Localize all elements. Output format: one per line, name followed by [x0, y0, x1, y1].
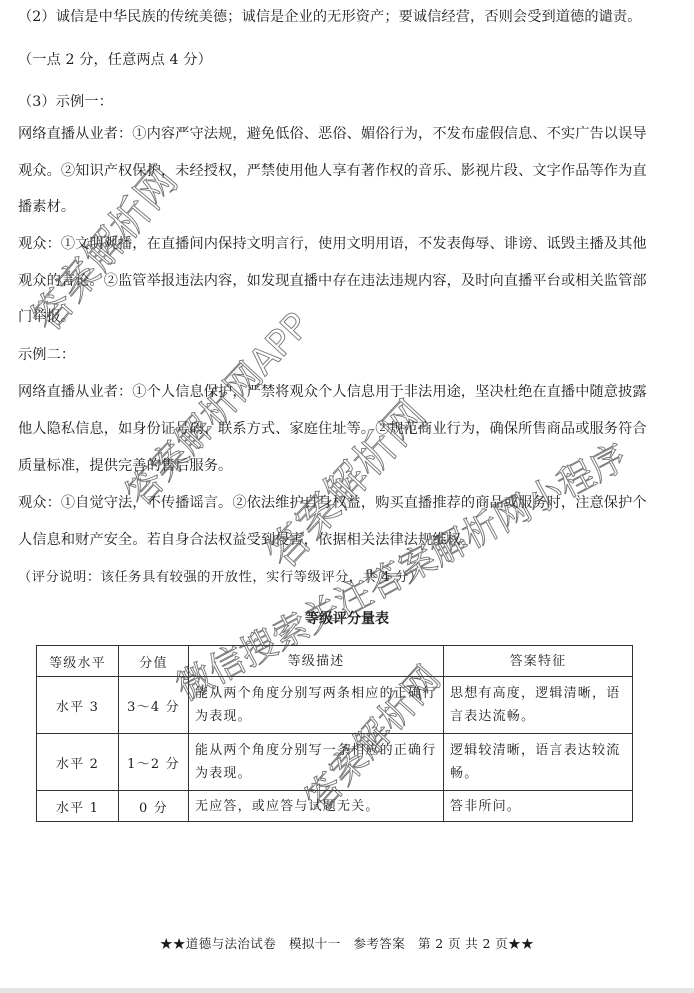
- watermark-text: 答案解析网APP: [113, 300, 319, 516]
- paragraph-line: 网络直播从业者：①个人信息保护，严禁将观众个人信息用于非法用途，坚决杜绝在直播中…: [18, 382, 647, 402]
- table-header: 答案特征: [444, 646, 633, 677]
- part-3-example-1-heading: （3）示例一：: [18, 92, 113, 112]
- grading-scale-table: 等级水平 分值 等级描述 答案特征 水平 3 3～4 分 能从两个角度分别写两条…: [36, 645, 633, 822]
- table-cell-score: 1～2 分: [119, 734, 189, 791]
- table-cell-feature: 答非所问。: [444, 791, 633, 822]
- table-header: 分值: [119, 646, 189, 677]
- table-row: 水平 2 1～2 分 能从两个角度分别写一条相应的正确行为表现。 逻辑较清晰，语…: [37, 734, 633, 791]
- table-cell-description: 能从两个角度分别写一条相应的正确行为表现。: [189, 734, 444, 791]
- table-header: 等级描述: [189, 646, 444, 677]
- table-cell-description: 无应答，或应答与试题无关。: [189, 791, 444, 822]
- paragraph-line: 播素材。: [18, 197, 75, 217]
- table-cell-level: 水平 2: [37, 734, 119, 791]
- paragraph-line: 他人隐私信息，如身份证号码、联系方式、家庭住址等。②规范商业行为，确保所售商品或…: [18, 419, 647, 439]
- paragraph-line: 门举报。: [18, 307, 75, 327]
- table-cell-level: 水平 3: [37, 677, 119, 734]
- table-cell-description: 能从两个角度分别写两条相应的正确行为表现。: [189, 677, 444, 734]
- paragraph-line: 观众：①自觉守法，不传播谣言。②依法维护自身权益，购买直播推荐的商品或服务时，注…: [18, 493, 647, 513]
- answer-part-2: （2）诚信是中华民族的传统美德；诚信是企业的无形资产；要诚信经营，否则会受到道德…: [18, 7, 642, 27]
- table-cell-score: 0 分: [119, 791, 189, 822]
- paragraph-line: 质量标准，提供完善的售后服务。: [18, 456, 232, 476]
- table-header: 等级水平: [37, 646, 119, 677]
- table-title: 等级评分量表: [0, 608, 694, 628]
- part-3-example-2-heading: 示例二：: [18, 345, 75, 365]
- table-cell-score: 3～4 分: [119, 677, 189, 734]
- paragraph-line: 人信息和财产安全。若自身合法权益受到侵害，依据相关法律法规维权。: [18, 530, 475, 550]
- table-row: 水平 1 0 分 无应答，或应答与试题无关。 答非所问。: [37, 791, 633, 822]
- table-header-row: 等级水平 分值 等级描述 答案特征: [37, 646, 633, 677]
- watermark-text: 答案解析网: [251, 385, 438, 580]
- table-cell-feature: 逻辑较清晰，语言表达较流畅。: [444, 734, 633, 791]
- table-cell-level: 水平 1: [37, 791, 119, 822]
- paragraph-line: 观众：①文明观播，在直播间内保持文明言行，使用文明用语，不发表侮辱、诽谤、诋毁主…: [18, 234, 647, 254]
- paragraph-line: 观众的言论。②监管举报违法内容，如发现直播中存在违法违规内容，及时向直播平台或相…: [18, 271, 647, 291]
- page-footer: ★★道德与法治试卷 模拟十一 参考答案 第 2 页 共 2 页★★: [0, 934, 694, 952]
- table-row: 水平 3 3～4 分 能从两个角度分别写两条相应的正确行为表现。 思想有高度，逻…: [37, 677, 633, 734]
- scoring-note-part-2: （一点 2 分，任意两点 4 分）: [18, 50, 212, 70]
- paragraph-line: 网络直播从业者：①内容严守法规，避免低俗、恶俗、媚俗行为，不发布虚假信息、不实广…: [18, 124, 647, 144]
- scoring-note-part-3: （评分说明：该任务具有较强的开放性，实行等级评分，共 4 分）: [18, 568, 423, 588]
- table-cell-feature: 思想有高度，逻辑清晰，语言表达流畅。: [444, 677, 633, 734]
- page-bottom-edge: [0, 988, 694, 993]
- paragraph-line: 观众。②知识产权保护，未经授权，严禁使用他人享有著作权的音乐、影视片段、文字作品…: [18, 161, 647, 181]
